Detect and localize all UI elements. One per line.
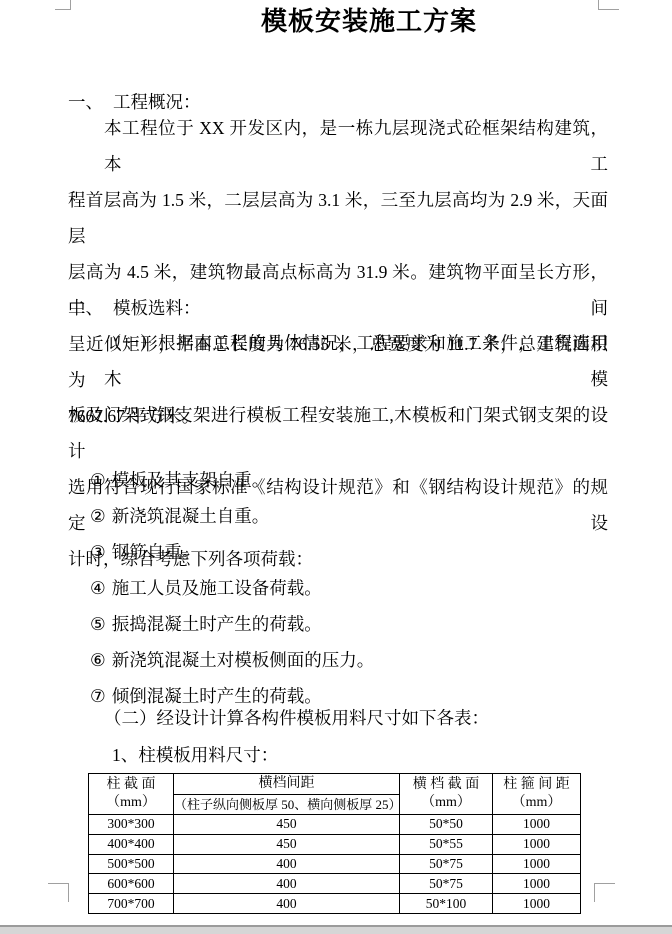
cell: 450 — [174, 815, 400, 835]
item-text: 振捣混凝土时产生的荷载。 — [112, 614, 322, 634]
item-text: 新浇筑混凝土自重。 — [112, 506, 270, 526]
cell: 500*500 — [89, 854, 174, 874]
load-item: ⑥新浇筑混凝土对模板侧面的压力。 — [68, 642, 608, 678]
item-text: 施工人员及施工设备荷载。 — [112, 578, 322, 598]
margin-cropmark-bottom-left — [48, 883, 69, 902]
section1-heading-text: 工程概况： — [113, 92, 201, 112]
table-row: 300*300 450 50*50 1000 — [89, 815, 581, 835]
header-cell-column-section: 柱 截 面 （mm） — [89, 774, 174, 815]
cell: 50*50 — [400, 815, 493, 835]
cell: 400*400 — [89, 834, 174, 854]
paragraph-line: （一）根据本工程的具体情况，工程要求和施工条件，工程选用木模 — [68, 325, 608, 397]
table-row: 600*600 400 50*75 1000 — [89, 874, 581, 894]
load-item: ④施工人员及施工设备荷载。 — [68, 570, 608, 606]
header-cell-crosspiece-section: 横 档 截 面 （mm） — [400, 774, 493, 815]
cell: 1000 — [493, 834, 581, 854]
cell: 400 — [174, 854, 400, 874]
paragraph-line: 本工程位于 XX 开发区内，是一栋九层现浇式砼框架结构建筑，本工 — [68, 110, 608, 182]
column-formwork-table: 柱 截 面 （mm） 横档间距 横 档 截 面 （mm） 柱 箍 间 距 （mm… — [88, 773, 581, 914]
cell: 400 — [174, 874, 400, 894]
document-page: 模板安装施工方案 一、工程概况： 本工程位于 XX 开发区内，是一栋九层现浇式砼… — [0, 0, 672, 934]
cell: 50*75 — [400, 874, 493, 894]
table-row: 700*700 400 50*100 1000 — [89, 894, 581, 914]
cell: 1000 — [493, 894, 581, 914]
load-item: ①模板及其支架自重。 — [68, 462, 608, 498]
table-header-row: 柱 截 面 （mm） 横档间距 横 档 截 面 （mm） 柱 箍 间 距 （mm… — [89, 774, 581, 795]
item-marker: ① — [90, 462, 106, 498]
document-title: 模板安装施工方案 — [68, 6, 670, 38]
item-marker: ⑤ — [90, 606, 106, 642]
margin-cropmark-bottom-right — [594, 883, 615, 902]
cell: 50*100 — [400, 894, 493, 914]
load-item: ⑤振捣混凝土时产生的荷载。 — [68, 606, 608, 642]
cell: 1000 — [493, 874, 581, 894]
paragraph-line: 板及门架式钢支架进行模板工程安装施工,木模板和门架式钢支架的设计 — [68, 397, 608, 469]
cell: 1000 — [493, 854, 581, 874]
header-cell-crosspiece-spacing: 横档间距 — [174, 774, 400, 795]
cell: 450 — [174, 834, 400, 854]
item-marker: ④ — [90, 570, 106, 606]
cell: 600*600 — [89, 874, 174, 894]
cell: 400 — [174, 894, 400, 914]
cell: 300*300 — [89, 815, 174, 835]
item-text: 新浇筑混凝土对模板侧面的压力。 — [112, 650, 375, 670]
item-marker: ⑥ — [90, 642, 106, 678]
item-text: 模板及其支架自重。 — [112, 470, 270, 490]
load-list: ①模板及其支架自重。 ②新浇筑混凝土自重。 ③钢筋自重。 ④施工人员及施工设备荷… — [68, 462, 608, 714]
load-item: ③钢筋自重。 — [68, 534, 608, 570]
table-row: 400*400 450 50*55 1000 — [89, 834, 581, 854]
cell: 50*75 — [400, 854, 493, 874]
load-item: ②新浇筑混凝土自重。 — [68, 498, 608, 534]
paragraph-line: 程首层高为 1.5 米，二层层高为 3.1 米，三至九层高均为 2.9 米，天面… — [68, 182, 608, 254]
cell: 700*700 — [89, 894, 174, 914]
header-cell-crosspiece-note: （柱子纵向侧板厚 50、横向侧板厚 25） — [174, 795, 400, 815]
section2-number: 二、 — [68, 294, 103, 322]
item-marker: ② — [90, 498, 106, 534]
table-caption: 1、柱模板用料尺寸： — [68, 740, 652, 770]
subsection2-line: （二）经设计计算各构件模板用料尺寸如下各表： — [68, 700, 644, 736]
header-cell-hoop-spacing: 柱 箍 间 距 （mm） — [493, 774, 581, 815]
horizontal-scrollbar[interactable] — [0, 925, 672, 934]
table-row: 500*500 400 50*75 1000 — [89, 854, 581, 874]
section2-heading-text: 模板选料： — [113, 298, 201, 318]
item-marker: ③ — [90, 534, 106, 570]
item-text: 钢筋自重。 — [112, 542, 200, 562]
section2-heading: 二、模板选料： — [68, 294, 608, 322]
cell: 50*55 — [400, 834, 493, 854]
cell: 1000 — [493, 815, 581, 835]
